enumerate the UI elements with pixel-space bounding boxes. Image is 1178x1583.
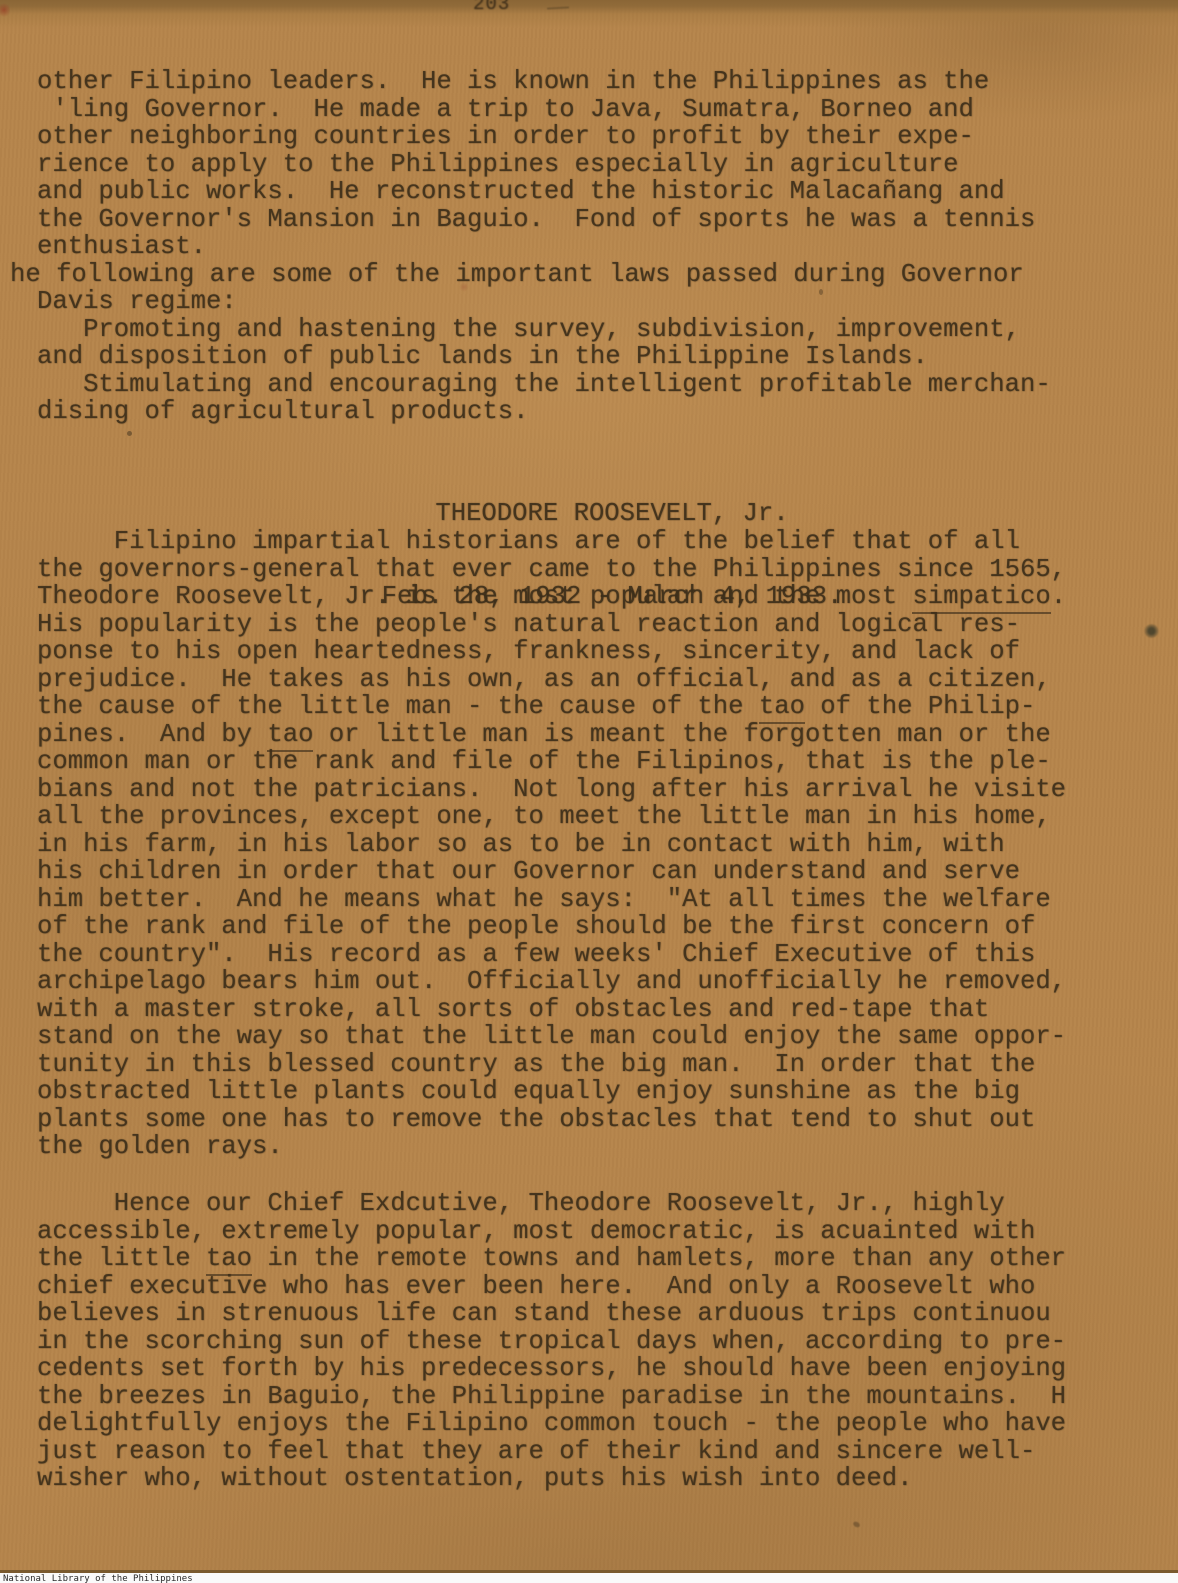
text-line: tunity in this blessed country as the bi… [37, 1051, 1066, 1079]
text-line: the golden rays. [37, 1133, 1066, 1161]
text-line: pines. And by tao or little man is meant… [37, 721, 1066, 749]
paper-speck-small-3 [819, 289, 823, 295]
text-line: the Governor's Mansion in Baguio. Fond o… [37, 206, 1051, 234]
text-line: Theodore Roosevelt, Jr. is the most popu… [37, 583, 1066, 611]
text-line: Hence our Chief Exdcutive, Theodore Roos… [37, 1190, 1066, 1218]
text-line: other Filipino leaders. He is known in t… [37, 68, 1051, 96]
text-line: believes in strenuous life can stand the… [37, 1300, 1066, 1328]
text-line: accessible, extremely popular, most demo… [37, 1218, 1066, 1246]
text-line: the breezes in Baguio, the Philippine pa… [37, 1383, 1066, 1411]
text-line: common man or the rank and file of the F… [37, 748, 1066, 776]
text-line: delightfully enjoys the Filipino common … [37, 1410, 1066, 1438]
text-line: stand on the way so that the little man … [37, 1023, 1066, 1051]
text-line: archipelago bears him out. Officially an… [37, 968, 1066, 996]
text-line: His popularity is the people's natural r… [37, 611, 1066, 639]
text-line: of the rank and file of the people shoul… [37, 913, 1066, 941]
text-line: prejudice. He takes as his own, as an of… [37, 666, 1066, 694]
text-line: the country". His record as a few weeks'… [37, 941, 1066, 969]
text-line: him better. And he means what he says: "… [37, 886, 1066, 914]
text-line: enthusiast. [37, 233, 1051, 261]
text-line: rience to apply to the Philippines espec… [37, 151, 1051, 179]
heading-title: THEODORE ROOSEVELT, Jr. [60, 500, 1164, 528]
text-line: obstracted little plants could equally e… [37, 1078, 1066, 1106]
text-line: 'ling Governor. He made a trip to Java, … [37, 96, 1051, 124]
text-line: and disposition of public lands in the P… [37, 343, 1051, 371]
text-line: the cause of the little man - the cause … [37, 693, 1066, 721]
text-line: the little tao in the remote towns and h… [37, 1245, 1066, 1273]
text-line: plants some one has to remove the obstac… [37, 1106, 1066, 1134]
text-line: in the scorching sun of these tropical d… [37, 1328, 1066, 1356]
body-paragraph-1: Filipino impartial historians are of the… [37, 528, 1066, 1161]
text-line: all the provinces, except one, to meet t… [37, 803, 1066, 831]
text-line: his children in order that our Governor … [37, 858, 1066, 886]
text-line: bians and not the patricians. Not long a… [37, 776, 1066, 804]
paper-speck-small-1 [127, 431, 132, 436]
footer-label: National Library of the Philippines [3, 1574, 193, 1583]
text-line: just reason to feel that they are of the… [37, 1438, 1066, 1466]
text-line: wisher who, without ostentation, puts hi… [37, 1465, 1066, 1493]
text-line: with a master stroke, all sorts of obsta… [37, 996, 1066, 1024]
text-line: he following are some of the important l… [10, 261, 1051, 289]
footer-strip: National Library of the Philippines [0, 1570, 1178, 1583]
intro-paragraphs: other Filipino leaders. He is known in t… [37, 68, 1051, 426]
text-line: Stimulating and encouraging the intellig… [37, 371, 1051, 399]
text-line: Filipino impartial historians are of the… [37, 528, 1066, 556]
text-line: ponse to his open heartedness, frankness… [37, 638, 1066, 666]
text-line: Promoting and hastening the survey, subd… [37, 316, 1051, 344]
text-line: and public works. He reconstructed the h… [37, 178, 1051, 206]
paper-speck-small-2 [852, 1521, 861, 1529]
text-line: the governors-general that ever came to … [37, 556, 1066, 584]
text-line: other neighboring countries in order to … [37, 123, 1051, 151]
page-number: 203 [473, 0, 510, 19]
text-line: in his farm, in his labor so as to be in… [37, 831, 1066, 859]
paper-speck-right [1144, 624, 1159, 638]
text-line: dising of agricultural products. [37, 398, 1051, 426]
scanned-document-page: 203 other Filipino leaders. He is known … [0, 0, 1178, 1583]
body-paragraph-2: Hence our Chief Exdcutive, Theodore Roos… [37, 1190, 1066, 1493]
page-number-dash [547, 6, 569, 9]
text-line: chief executive who has ever been here. … [37, 1273, 1066, 1301]
text-line: cedents set forth by his predecessors, h… [37, 1355, 1066, 1383]
text-line: Davis regime: [37, 288, 1051, 316]
paper-stain-top-left [0, 2, 10, 18]
